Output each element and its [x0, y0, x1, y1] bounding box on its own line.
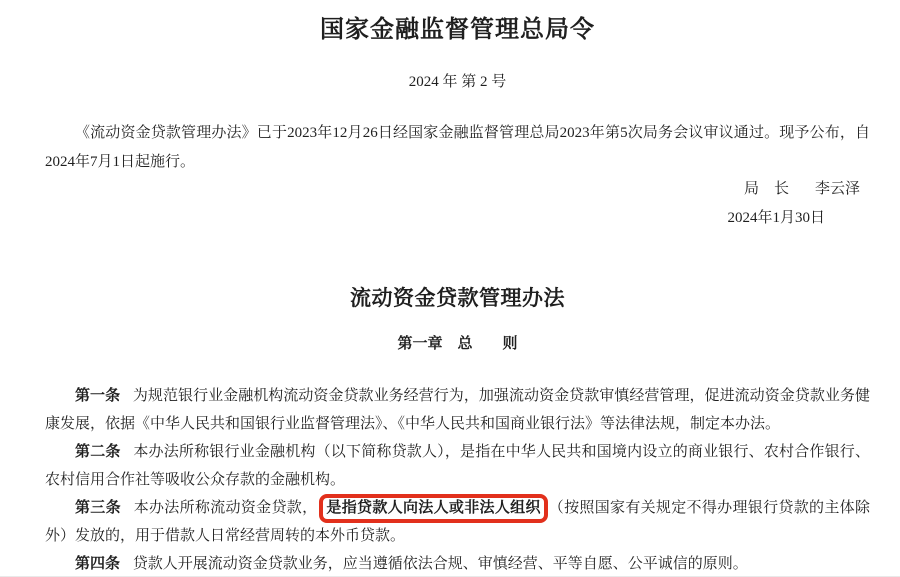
document-page: 国家金融监督管理总局令 2024 年 第 2 号 《流动资金贷款管理办法》已于2…: [0, 0, 900, 577]
article-4: 第四条贷款人开展流动资金贷款业务，应当遵循依法合规、审慎经营、平等自愿、公平诚信…: [45, 550, 870, 577]
articles-section: 第一条为规范银行业金融机构流动资金贷款业务经营行为，加强流动资金贷款审慎经营管理…: [45, 382, 870, 577]
article-1-text: 为规范银行业金融机构流动资金贷款业务经营行为，加强流动资金贷款审慎经营管理，促进…: [45, 388, 870, 432]
signer-line: 局 长李云泽: [45, 175, 870, 204]
order-title: 国家金融监督管理总局令: [45, 13, 870, 47]
regulation-title: 流动资金贷款管理办法: [45, 283, 870, 313]
announcement-paragraph: 《流动资金贷款管理办法》已于2023年12月26日经国家金融监督管理总局2023…: [45, 119, 870, 177]
article-4-label: 第四条: [75, 556, 120, 572]
article-1-label: 第一条: [75, 388, 120, 404]
article-2: 第二条本办法所称银行业金融机构（以下简称贷款人），是指在中华人民共和国境内设立的…: [45, 438, 870, 494]
article-2-text: 本办法所称银行业金融机构（以下简称贷款人），是指在中华人民共和国境内设立的商业银…: [45, 444, 870, 488]
article-1: 第一条为规范银行业金融机构流动资金贷款业务经营行为，加强流动资金贷款审慎经营管理…: [45, 382, 870, 438]
article-3-text-before: 本办法所称流动资金贷款，: [134, 500, 318, 516]
signature-block: 局 长李云泽 2024年1月30日: [45, 175, 870, 233]
article-3-label: 第三条: [75, 500, 121, 516]
article-3: 第三条本办法所称流动资金贷款，是指贷款人向法人或非法人组织（按照国家有关规定不得…: [45, 494, 870, 550]
order-number: 2024 年 第 2 号: [45, 72, 870, 92]
signer-name: 李云泽: [815, 181, 860, 197]
article-4-text: 贷款人开展流动资金贷款业务，应当遵循依法合规、审慎经营、平等自愿、公平诚信的原则…: [133, 556, 748, 572]
article-2-label: 第二条: [75, 444, 121, 460]
chapter-heading: 第一章 总 则: [45, 333, 870, 355]
red-annotation-box: 是指贷款人向法人或非法人组织: [319, 494, 547, 523]
signer-role: 局 长: [744, 181, 789, 197]
signature-date: 2024年1月30日: [45, 204, 870, 233]
